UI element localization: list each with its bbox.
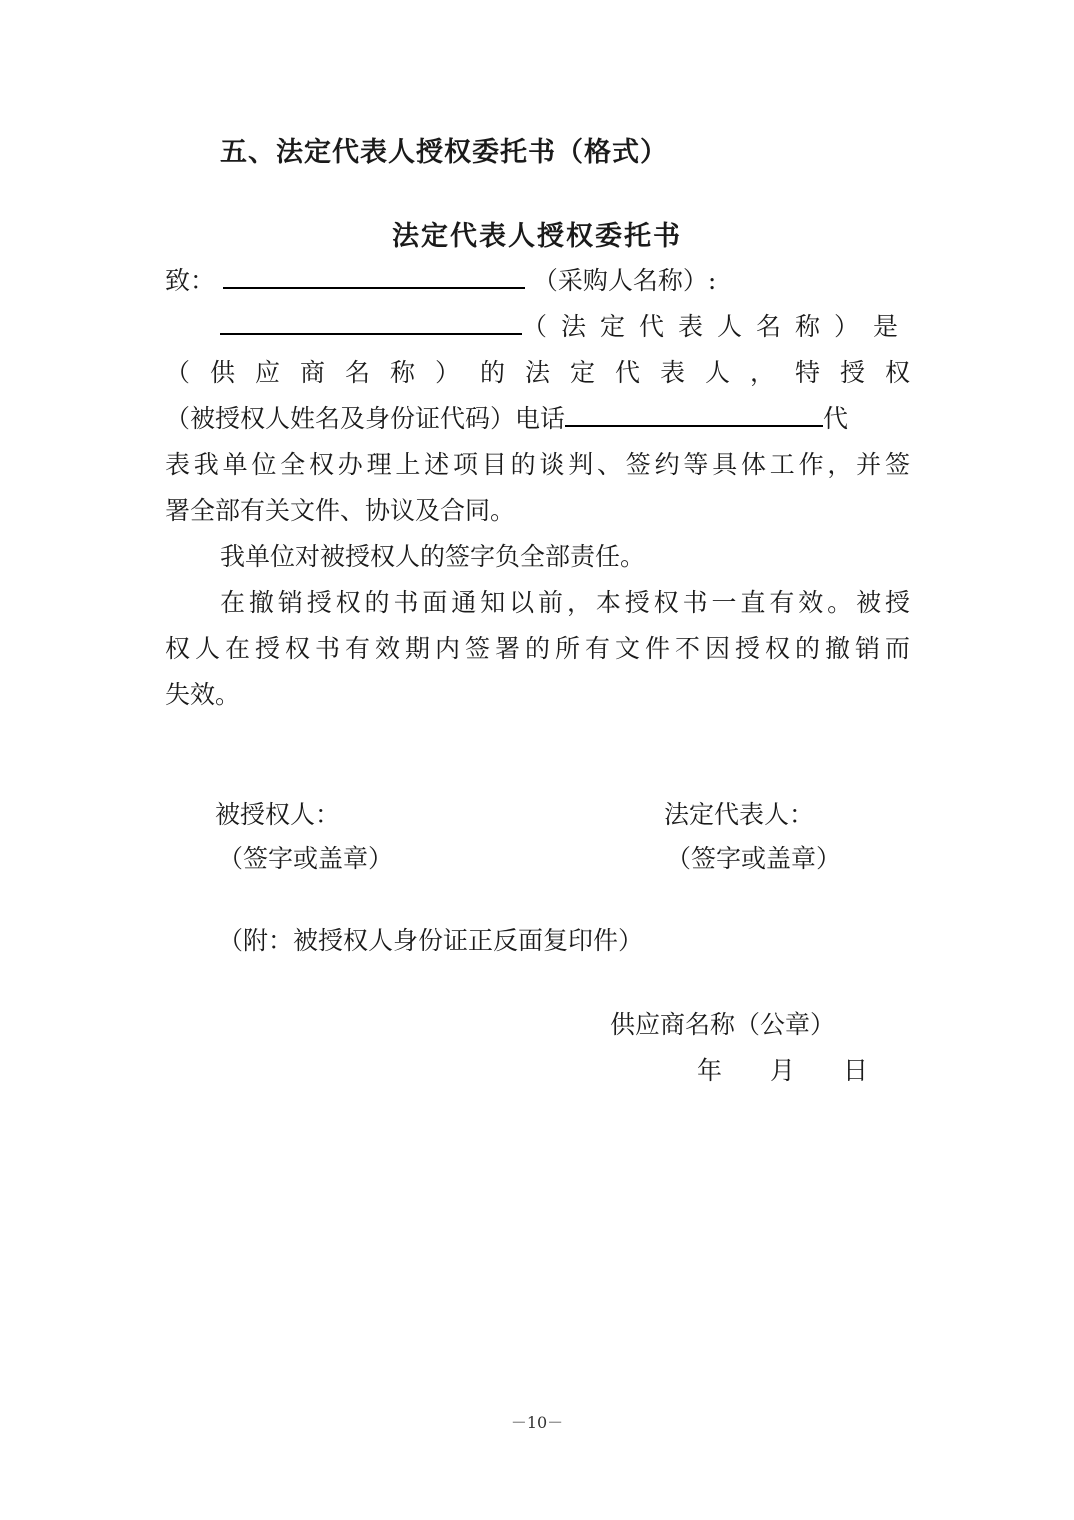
body-line-5: 署全部有关文件、协议及合同。 (165, 488, 515, 534)
body-line-1: （法定代表人名称）是 (220, 304, 910, 350)
body-line-3: （被授权人姓名及身份证代码）电话代 (165, 396, 910, 442)
body-line-2: （供应商名称）的法定代表人，特授权 (165, 350, 910, 396)
authorized-person-label: 被授权人： (215, 792, 340, 838)
attachment-note: （附：被授权人身份证正反面复印件） (218, 918, 643, 964)
page-number: －10－ (0, 1410, 1074, 1433)
date-day: 日 (843, 1048, 868, 1094)
validity-line-3: 失效。 (165, 672, 240, 718)
date-month: 月 (770, 1048, 795, 1094)
body-line-1-text: （法定代表人名称）是 (522, 312, 912, 341)
legal-rep-name-blank[interactable] (220, 311, 522, 335)
body-line-3-suffix: 代 (823, 404, 848, 433)
legal-rep-label: 法定代表人： (664, 792, 814, 838)
document-title: 法定代表人授权委托书 (0, 214, 1074, 253)
supplier-seal: 供应商名称（公章） (610, 1002, 835, 1048)
date-year: 年 (697, 1048, 722, 1094)
to-suffix: （采购人名称）: (533, 266, 716, 295)
validity-line-2: 权人在授权书有效期内签署的所有文件不因授权的撤销而 (165, 626, 910, 672)
body-line-4: 表我单位全权办理上述项目的谈判、签约等具体工作，并签 (165, 442, 910, 488)
phone-blank[interactable] (565, 403, 823, 427)
legal-rep-signature: （签字或盖章） (666, 836, 841, 882)
body-line-3-prefix: （被授权人姓名及身份证代码）电话 (165, 404, 565, 433)
authorized-person-signature: （签字或盖章） (218, 836, 393, 882)
section-heading: 五、法定代表人授权委托书（格式） (220, 130, 668, 169)
to-line: 致： （采购人名称）: (165, 258, 716, 304)
to-prefix: 致： (165, 266, 215, 295)
validity-line-1: 在撤销授权的书面通知以前，本授权书一直有效。被授 (220, 580, 910, 626)
responsibility-paragraph: 我单位对被授权人的签字负全部责任。 (220, 534, 645, 580)
purchaser-name-blank[interactable] (223, 265, 525, 289)
